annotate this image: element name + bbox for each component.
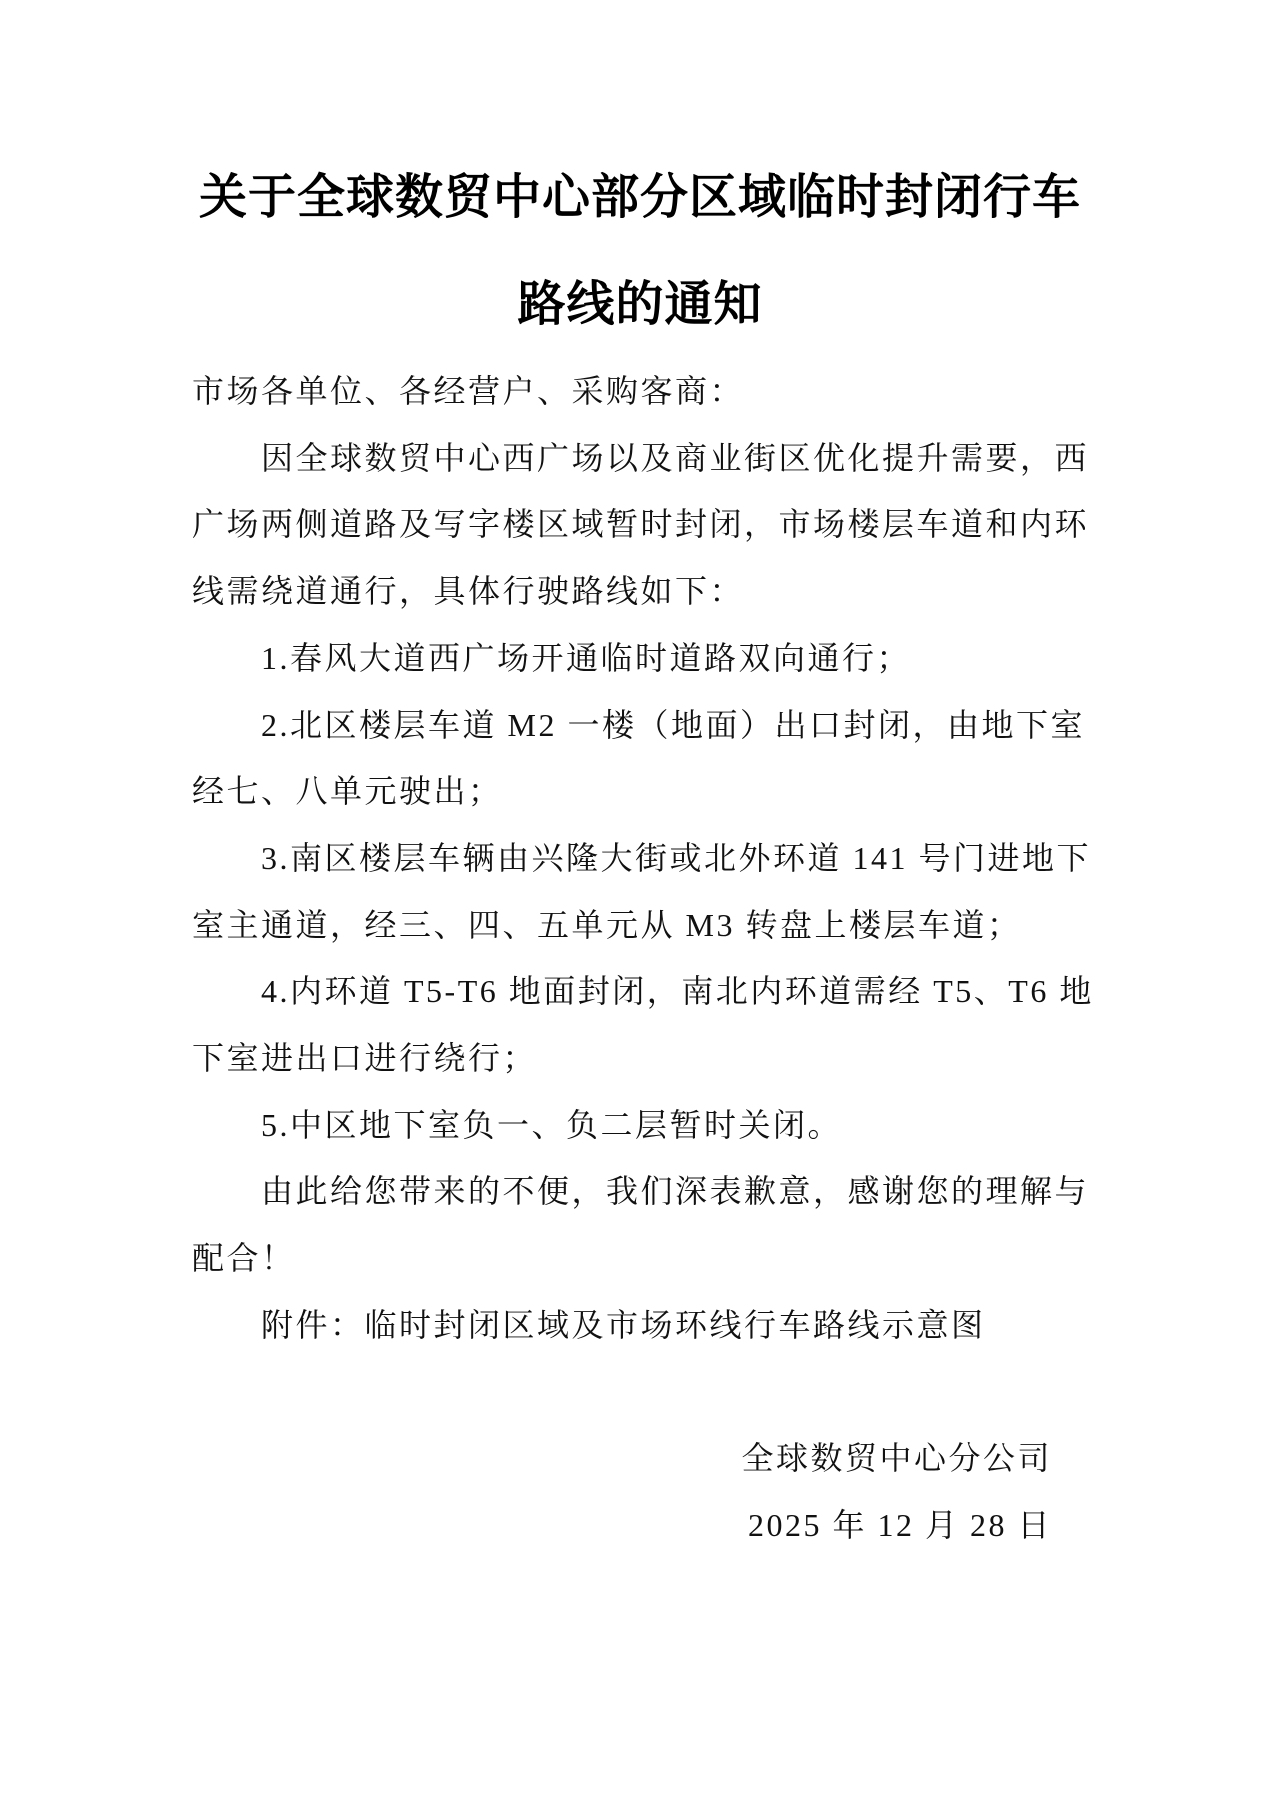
signature-date: 2025 年 12 月 28 日 (192, 1492, 1052, 1559)
body-line: 经七、八单元驶出； (192, 758, 1100, 825)
body-line: 4.内环道 T5-T6 地面封闭，南北内环道需经 T5、T6 地 (192, 958, 1100, 1025)
body-line: 3.南区楼层车辆由兴隆大街或北外环道 141 号门进地下 (192, 825, 1100, 892)
body-line: 由此给您带来的不便，我们深表歉意，感谢您的理解与 (192, 1158, 1100, 1225)
body-line: 市场各单位、各经营户、采购客商： (192, 358, 1100, 425)
body-line: 2.北区楼层车道 M2 一楼（地面）出口封闭，由地下室 (192, 692, 1100, 759)
body-line: 因全球数贸中心西广场以及商业街区优化提升需要，西 (192, 425, 1100, 492)
body-line: 1.春风大道西广场开通临时道路双向通行； (192, 625, 1100, 692)
body-line: 线需绕道通行，具体行驶路线如下： (192, 558, 1100, 625)
signature-company: 全球数贸中心分公司 (192, 1425, 1052, 1492)
document-title: 关于全球数贸中心部分区域临时封闭行车 路线的通知 (0, 0, 1280, 358)
document-page: 关于全球数贸中心部分区域临时封闭行车 路线的通知 市场各单位、各经营户、采购客商… (0, 0, 1280, 1810)
body-line: 下室进出口进行绕行； (192, 1025, 1100, 1092)
title-line-2: 路线的通知 (0, 251, 1280, 358)
document-body: 市场各单位、各经营户、采购客商：因全球数贸中心西广场以及商业街区优化提升需要，西… (192, 358, 1100, 1359)
signature-block: 全球数贸中心分公司 2025 年 12 月 28 日 (192, 1425, 1100, 1558)
title-line-1: 关于全球数贸中心部分区域临时封闭行车 (0, 144, 1280, 251)
body-line: 5.中区地下室负一、负二层暂时关闭。 (192, 1092, 1100, 1159)
body-line: 附件：临时封闭区域及市场环线行车路线示意图 (192, 1292, 1100, 1359)
body-line: 配合！ (192, 1225, 1100, 1292)
body-line: 室主通道，经三、四、五单元从 M3 转盘上楼层车道； (192, 892, 1100, 959)
body-line: 广场两侧道路及写字楼区域暂时封闭，市场楼层车道和内环 (192, 491, 1100, 558)
